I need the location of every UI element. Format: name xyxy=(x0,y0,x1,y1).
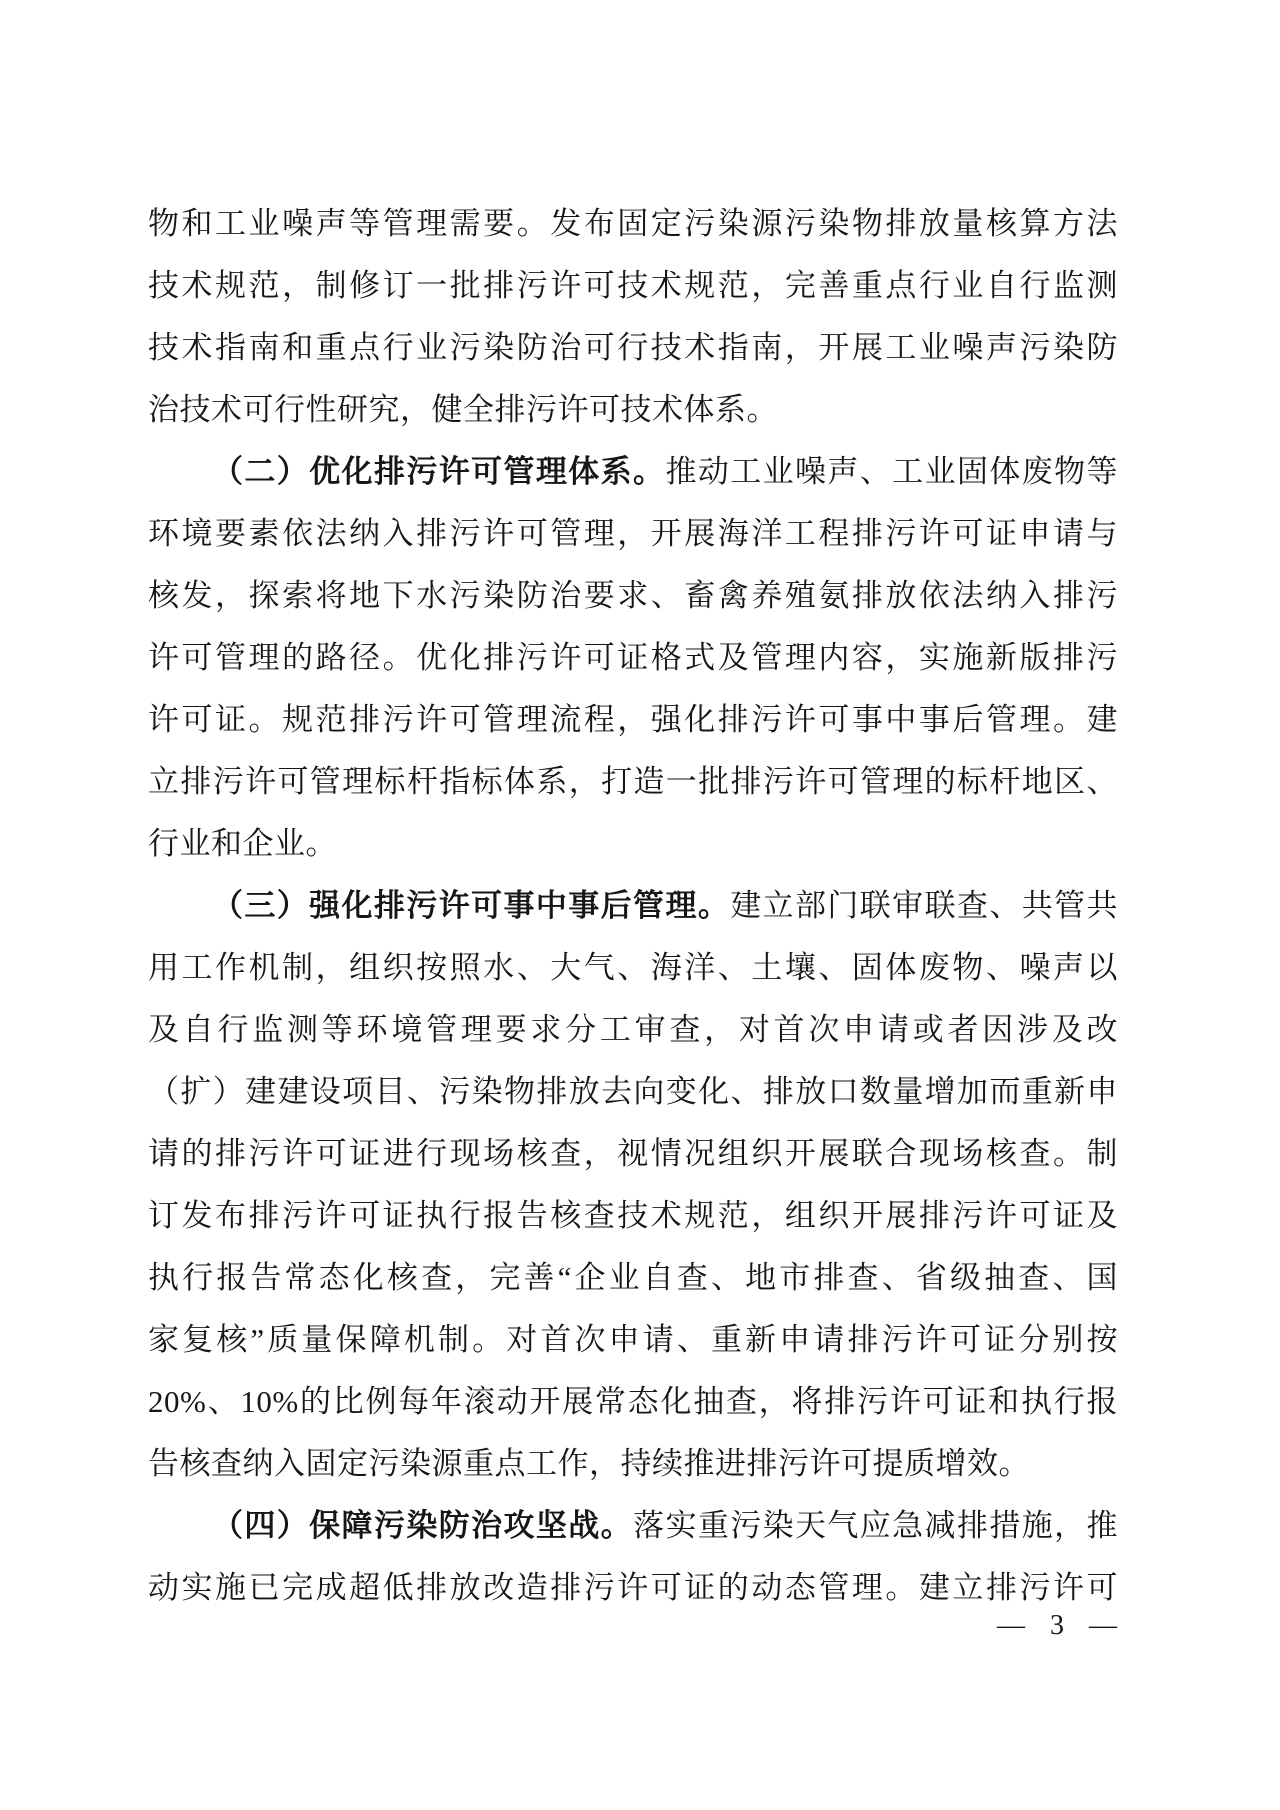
body-line-text: 核发，探索将地下水污染防治要求、畜禽养殖氨排放依法纳入排污 xyxy=(148,578,1118,613)
body-line: 许可管理的路径。优化排污许可证格式及管理内容，实施新版排污 xyxy=(148,627,1118,689)
body-line: 家复核”质量保障机制。对首次申请、重新申请排污许可证分别按 xyxy=(148,1309,1118,1371)
body-line: （三）强化排污许可事中事后管理。建立部门联审联查、共管共 xyxy=(148,875,1118,937)
body-line-text: 许可证。规范排污许可管理流程，强化排污许可事中事后管理。建 xyxy=(148,702,1118,737)
body-line: 及自行监测等环境管理要求分工审查，对首次申请或者因涉及改 xyxy=(148,999,1118,1061)
body-line: 技术指南和重点行业污染防治可行技术指南，开展工业噪声污染防 xyxy=(148,317,1118,379)
body-line-text: 治技术可行性研究，健全排污许可技术体系。 xyxy=(148,392,778,427)
body-line-text: 环境要素依法纳入排污许可管理，开展海洋工程排污许可证申请与 xyxy=(148,516,1118,551)
body-line-text: 推动工业噪声、工业固体废物等 xyxy=(665,454,1118,489)
body-line: 环境要素依法纳入排污许可管理，开展海洋工程排污许可证申请与 xyxy=(148,503,1118,565)
body-line-text: 告核查纳入固定污染源重点工作，持续推进排污许可提质增效。 xyxy=(148,1446,1030,1481)
body-line-text: 用工作机制，组织按照水、大气、海洋、土壤、固体废物、噪声以 xyxy=(148,950,1118,985)
document-body: 物和工业噪声等管理需要。发布固定污染源污染物排放量核算方法 技术规范，制修订一批… xyxy=(148,193,1118,1619)
body-line: 物和工业噪声等管理需要。发布固定污染源污染物排放量核算方法 xyxy=(148,193,1118,255)
body-line-text: 落实重污染天气应急减排措施，推 xyxy=(633,1508,1118,1543)
body-line: 许可证。规范排污许可管理流程，强化排污许可事中事后管理。建 xyxy=(148,689,1118,751)
body-line: 行业和企业。 xyxy=(148,813,1118,875)
body-line-text: 及自行监测等环境管理要求分工审查，对首次申请或者因涉及改 xyxy=(148,1012,1118,1047)
section-heading-3: （三）强化排污许可事中事后管理。 xyxy=(212,888,730,923)
body-line-text: 执行报告常态化核查，完善“企业自查、地市排查、省级抽查、国 xyxy=(148,1260,1118,1295)
body-line-text: 行业和企业。 xyxy=(148,826,337,861)
body-line: 订发布排污许可证执行报告核查技术规范，组织开展排污许可证及 xyxy=(148,1185,1118,1247)
body-line-text: （扩）建建设项目、污染物排放去向变化、排放口数量增加而重新申 xyxy=(148,1074,1118,1109)
body-line: 请的排污许可证进行现场核查，视情况组织开展联合现场核查。制 xyxy=(148,1123,1118,1185)
body-line-text: 立排污许可管理标杆指标体系，打造一批排污许可管理的标杆地区、 xyxy=(148,764,1118,799)
body-line: 核发，探索将地下水污染防治要求、畜禽养殖氨排放依法纳入排污 xyxy=(148,565,1118,627)
body-line-text: 订发布排污许可证执行报告核查技术规范，组织开展排污许可证及 xyxy=(148,1198,1118,1233)
body-line: （扩）建建设项目、污染物排放去向变化、排放口数量增加而重新申 xyxy=(148,1061,1118,1123)
page-number: — 3 — xyxy=(997,1606,1118,1646)
body-line-text: 20%、10%的比例每年滚动开展常态化抽查，将排污许可证和执行报 xyxy=(148,1384,1118,1419)
body-line-text: 技术指南和重点行业污染防治可行技术指南，开展工业噪声污染防 xyxy=(148,330,1118,365)
body-line-text: 动实施已完成超低排放改造排污许可证的动态管理。建立排污许可 xyxy=(148,1570,1118,1605)
body-line: （二）优化排污许可管理体系。推动工业噪声、工业固体废物等 xyxy=(148,441,1118,503)
body-line-text: 技术规范，制修订一批排污许可技术规范，完善重点行业自行监测 xyxy=(148,268,1118,303)
body-line: 20%、10%的比例每年滚动开展常态化抽查，将排污许可证和执行报 xyxy=(148,1371,1118,1433)
body-line: （四）保障污染防治攻坚战。落实重污染天气应急减排措施，推 xyxy=(148,1495,1118,1557)
body-line-text: 物和工业噪声等管理需要。发布固定污染源污染物排放量核算方法 xyxy=(148,206,1118,241)
section-heading-2: （二）优化排污许可管理体系。 xyxy=(212,454,665,489)
body-line: 执行报告常态化核查，完善“企业自查、地市排查、省级抽查、国 xyxy=(148,1247,1118,1309)
body-line: 告核查纳入固定污染源重点工作，持续推进排污许可提质增效。 xyxy=(148,1433,1118,1495)
body-line: 治技术可行性研究，健全排污许可技术体系。 xyxy=(148,379,1118,441)
body-line-text: 请的排污许可证进行现场核查，视情况组织开展联合现场核查。制 xyxy=(148,1136,1118,1171)
body-line-text: 许可管理的路径。优化排污许可证格式及管理内容，实施新版排污 xyxy=(148,640,1118,675)
section-heading-4: （四）保障污染防治攻坚战。 xyxy=(212,1508,633,1543)
body-line: 动实施已完成超低排放改造排污许可证的动态管理。建立排污许可 xyxy=(148,1557,1118,1619)
body-line: 技术规范，制修订一批排污许可技术规范，完善重点行业自行监测 xyxy=(148,255,1118,317)
document-page: 物和工业噪声等管理需要。发布固定污染源污染物排放量核算方法 技术规范，制修订一批… xyxy=(0,0,1280,1810)
body-line-text: 建立部门联审联查、共管共 xyxy=(730,888,1118,923)
body-line: 立排污许可管理标杆指标体系，打造一批排污许可管理的标杆地区、 xyxy=(148,751,1118,813)
body-line-text: 家复核”质量保障机制。对首次申请、重新申请排污许可证分别按 xyxy=(148,1322,1118,1357)
body-line: 用工作机制，组织按照水、大气、海洋、土壤、固体废物、噪声以 xyxy=(148,937,1118,999)
